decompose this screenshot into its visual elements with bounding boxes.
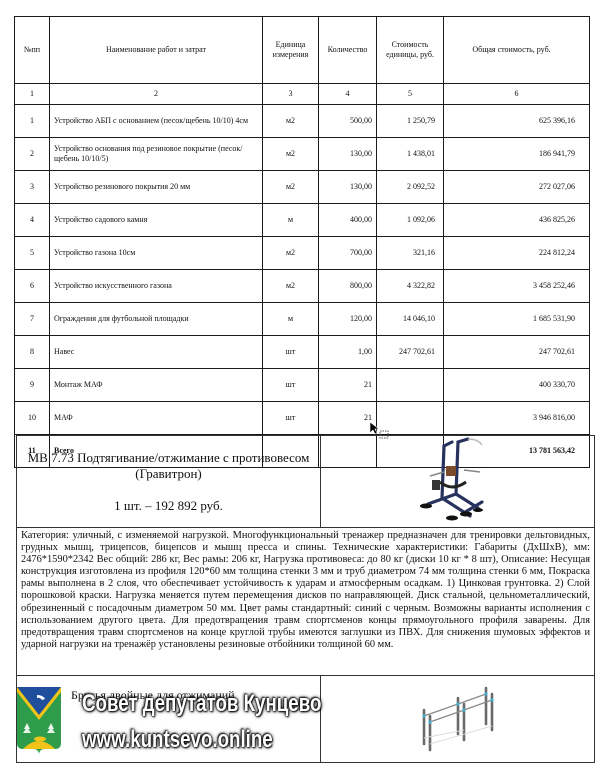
row-name: Устройство искусственного газона bbox=[50, 270, 263, 303]
row-price: 1 092,06 bbox=[377, 204, 444, 237]
watermark-url[interactable]: www.kuntsevo.online bbox=[82, 726, 273, 754]
mouse-cursor-icon bbox=[369, 421, 391, 441]
row-qty: 21 bbox=[319, 402, 377, 435]
column-number: 3 bbox=[263, 84, 319, 105]
row-price: 2 092,52 bbox=[377, 171, 444, 204]
header-price: Стоимость единицы, руб. bbox=[377, 17, 444, 84]
row-num: 6 bbox=[15, 270, 50, 303]
header-qty: Количество bbox=[319, 17, 377, 84]
row-unit: м2 bbox=[263, 171, 319, 204]
row-price: 14 046,10 bbox=[377, 303, 444, 336]
table-row: 3Устройство резинового покрытия 20 ммм21… bbox=[15, 171, 590, 204]
table-row: 10МАФшт213 946 816,00 bbox=[15, 402, 590, 435]
row-qty: 1,00 bbox=[319, 336, 377, 369]
table-row: 5Устройство газона 10смм2700,00321,16224… bbox=[15, 237, 590, 270]
row-price: 247 702,61 bbox=[377, 336, 444, 369]
row-unit: шт bbox=[263, 369, 319, 402]
row-num: 4 bbox=[15, 204, 50, 237]
row-num: 2 bbox=[15, 138, 50, 171]
row-qty: 21 bbox=[319, 369, 377, 402]
row-num: 5 bbox=[15, 237, 50, 270]
row-name: Устройство садового камня bbox=[50, 204, 263, 237]
table-row: 1Устройство АБП с основанием (песок/щебе… bbox=[15, 105, 590, 138]
row-total: 224 812,24 bbox=[444, 237, 590, 270]
row-name: Устройство резинового покрытия 20 мм bbox=[50, 171, 263, 204]
product-description: Категория: уличный, с изменяемой нагрузк… bbox=[17, 528, 595, 676]
parallel-bars-icon bbox=[408, 682, 508, 752]
kuntsevo-coat-of-arms-icon bbox=[15, 685, 63, 755]
column-number: 2 bbox=[50, 84, 263, 105]
row-total: 186 941,79 bbox=[444, 138, 590, 171]
table-row: 9Монтаж МАФшт21400 330,70 bbox=[15, 369, 590, 402]
row-name: Навес bbox=[50, 336, 263, 369]
table-row: 7Ограждения для футбольной площадким120,… bbox=[15, 303, 590, 336]
row-unit: м2 bbox=[263, 270, 319, 303]
row-num: 3 bbox=[15, 171, 50, 204]
column-number-row: 1 2 3 4 5 6 bbox=[15, 84, 590, 105]
row-name: Устройство основания под резиновое покры… bbox=[50, 138, 263, 171]
row-total: 400 330,70 bbox=[444, 369, 590, 402]
row-qty: 500,00 bbox=[319, 105, 377, 138]
row-unit: м2 bbox=[263, 237, 319, 270]
table-header-row: №пп Наименование работ и затрат Единица … bbox=[15, 17, 590, 84]
row-total: 3 458 252,46 bbox=[444, 270, 590, 303]
row-unit: м2 bbox=[263, 138, 319, 171]
row-qty: 400,00 bbox=[319, 204, 377, 237]
product-price: 1 шт. – 192 892 руб. bbox=[17, 498, 320, 514]
row-qty: 120,00 bbox=[319, 303, 377, 336]
header-unit: Единица измерения bbox=[263, 17, 319, 84]
row-num: 10 bbox=[15, 402, 50, 435]
row-price bbox=[377, 369, 444, 402]
row-total: 3 946 816,00 bbox=[444, 402, 590, 435]
row-name: Устройство АБП с основанием (песок/щебен… bbox=[50, 105, 263, 138]
row-price: 1 250,79 bbox=[377, 105, 444, 138]
row-name: Монтаж МАФ bbox=[50, 369, 263, 402]
row-price: 321,16 bbox=[377, 237, 444, 270]
row-unit: м2 bbox=[263, 105, 319, 138]
row-qty: 130,00 bbox=[319, 171, 377, 204]
row-num: 7 bbox=[15, 303, 50, 336]
row-name: МАФ bbox=[50, 402, 263, 435]
estimate-table: №пп Наименование работ и затрат Единица … bbox=[14, 16, 590, 468]
header-num: №пп bbox=[15, 17, 50, 84]
row-num: 8 bbox=[15, 336, 50, 369]
row-total: 436 825,26 bbox=[444, 204, 590, 237]
row-qty: 800,00 bbox=[319, 270, 377, 303]
row-total: 272 027,06 bbox=[444, 171, 590, 204]
row-total: 247 702,61 bbox=[444, 336, 590, 369]
row-name: Устройство газона 10см bbox=[50, 237, 263, 270]
gravitron-machine-icon bbox=[418, 436, 498, 522]
row-unit: м bbox=[263, 303, 319, 336]
product-title: МВ 7.73 Подтягивание/отжимание с противо… bbox=[17, 450, 320, 482]
row-total: 1 685 531,90 bbox=[444, 303, 590, 336]
row-name: Ограждения для футбольной площадки bbox=[50, 303, 263, 336]
row-num: 9 bbox=[15, 369, 50, 402]
row-price: 4 322,82 bbox=[377, 270, 444, 303]
watermark-title: Совет депутатов Кунцево bbox=[82, 690, 321, 718]
table-row: 2Устройство основания под резиновое покр… bbox=[15, 138, 590, 171]
column-number: 6 bbox=[444, 84, 590, 105]
column-number: 1 bbox=[15, 84, 50, 105]
table-row: 8Навесшт1,00247 702,61247 702,61 bbox=[15, 336, 590, 369]
column-number: 5 bbox=[377, 84, 444, 105]
row-unit: шт bbox=[263, 402, 319, 435]
header-total: Общая стоимость, руб. bbox=[444, 17, 590, 84]
table-row: 4Устройство садового камням400,001 092,0… bbox=[15, 204, 590, 237]
row-price: 1 438,01 bbox=[377, 138, 444, 171]
row-unit: шт bbox=[263, 336, 319, 369]
row-num: 1 bbox=[15, 105, 50, 138]
row-total: 625 396,16 bbox=[444, 105, 590, 138]
gravitron-machine-image bbox=[321, 436, 595, 528]
row-qty: 700,00 bbox=[319, 237, 377, 270]
row-unit: м bbox=[263, 204, 319, 237]
table-row: 6Устройство искусственного газонам2800,0… bbox=[15, 270, 590, 303]
parallel-bars-image bbox=[321, 676, 595, 763]
product-title-cell: МВ 7.73 Подтягивание/отжимание с противо… bbox=[17, 436, 321, 528]
column-number: 4 bbox=[319, 84, 377, 105]
header-name: Наименование работ и затрат bbox=[50, 17, 263, 84]
row-qty: 130,00 bbox=[319, 138, 377, 171]
